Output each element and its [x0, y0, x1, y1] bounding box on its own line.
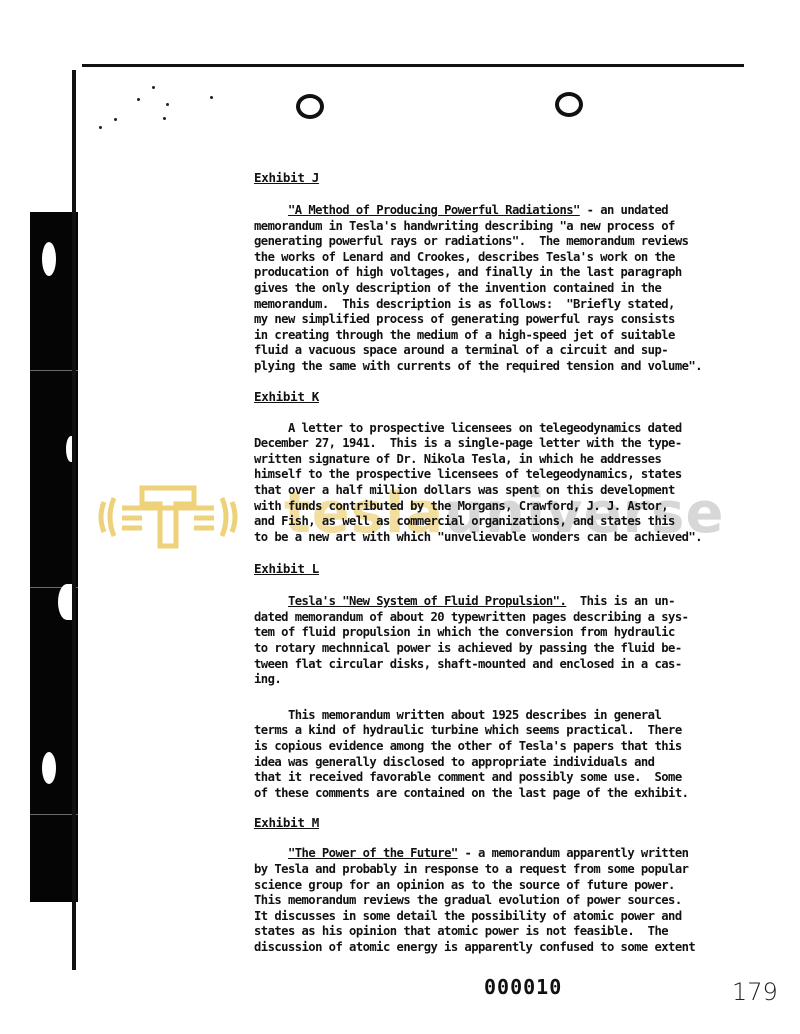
text-line: to be a new art with which "unvelievable…	[254, 530, 702, 544]
exhibit-m: Exhibit M "The Power of the Future" - a …	[254, 815, 764, 955]
strip-hole	[42, 242, 56, 276]
text-line: fluid a vacuous space around a terminal …	[254, 343, 668, 357]
scan-speckle	[152, 86, 155, 89]
text-line: plying the same with currents of the req…	[254, 359, 702, 373]
text-line: discussion of atomic energy is apparentl…	[254, 940, 695, 954]
strip-divider	[30, 370, 78, 371]
punch-hole-right	[555, 92, 583, 117]
exhibit-paragraph: A letter to prospective licensees on tel…	[254, 421, 764, 546]
exhibit-l: Exhibit L Tesla's "New System of Fluid P…	[254, 561, 764, 801]
handwritten-page-number: 179	[732, 978, 778, 1006]
exhibit-paragraph: "The Power of the Future" - a memorandum…	[254, 846, 764, 955]
exhibit-heading: Exhibit L	[254, 561, 764, 576]
text-line: memorandum in Tesla's handwriting descri…	[254, 219, 675, 233]
text-line: my new simplified process of generating …	[254, 312, 675, 326]
text-line: idea was generally disclosed to appropri…	[254, 755, 654, 769]
strip-divider	[30, 814, 78, 815]
text-line: that over a half million dollars was spe…	[254, 483, 675, 497]
page-top-edge	[82, 64, 744, 67]
document-title: "The Power of the Future"	[288, 846, 458, 860]
scan-film-strip	[30, 212, 78, 902]
text-line: This memorandum reviews the gradual evol…	[254, 893, 682, 907]
text-line: himself to the prospective licensees of …	[254, 467, 682, 481]
text-line: states as his opinion that atomic power …	[254, 924, 668, 938]
text-line: tween flat circular disks, shaft-mounted…	[254, 657, 682, 671]
text-line: gives the only description of the invent…	[254, 281, 661, 295]
text-line: to rotary mechnnical power is achieved b…	[254, 641, 682, 655]
scan-speckle	[166, 103, 169, 106]
title-prefix: Tesla's	[288, 594, 336, 608]
text-line: It discusses in some detail the possibil…	[254, 909, 682, 923]
exhibit-paragraph: "A Method of Producing Powerful Radiatio…	[254, 203, 764, 375]
text-line: December 27, 1941. This is a single-page…	[254, 436, 682, 450]
text-line: dated memorandum of about 20 typewritten…	[254, 610, 688, 624]
document-page: Exhibit J "A Method of Producing Powerfu…	[254, 170, 764, 956]
document-title: "A Method of Producing Powerful Radiatio…	[288, 203, 580, 217]
text-line: This memorandum written about 1925 descr…	[254, 708, 661, 722]
text-line: with funds contributed by the Morgans, C…	[254, 499, 668, 513]
exhibit-k: Exhibit K A letter to prospective licens…	[254, 389, 764, 546]
text-line: that it received favorable comment and p…	[254, 770, 682, 784]
text-line: tem of fluid propulsion in which the con…	[254, 625, 675, 639]
exhibit-heading: Exhibit K	[254, 389, 764, 404]
text-line: This is an un-	[566, 594, 675, 608]
text-line: generating powerful rays or radiations".…	[254, 234, 688, 248]
text-line: written signature of Dr. Nikola Tesla, i…	[254, 452, 661, 466]
exhibit-paragraph: Tesla's "New System of Fluid Propulsion"…	[254, 594, 764, 688]
page-edge-line	[72, 70, 76, 970]
text-line: ing.	[254, 672, 281, 686]
strip-hole	[42, 752, 56, 784]
scan-speckle	[99, 126, 102, 129]
document-title: "New System of Fluid Propulsion".	[342, 594, 566, 608]
text-line: and Fish, as well as commercial organiza…	[254, 514, 675, 528]
text-line: is copious evidence among the other of T…	[254, 739, 682, 753]
document-number: 000010	[484, 975, 562, 999]
scan-speckle	[210, 96, 213, 99]
text-line: terms a kind of hydraulic turbine which …	[254, 723, 682, 737]
punch-hole-left	[296, 94, 324, 119]
text-line: A letter to prospective licensees on tel…	[254, 421, 682, 435]
watermark-logo-icon	[94, 480, 242, 554]
text-line: - a memorandum apparently written	[458, 846, 689, 860]
exhibit-heading: Exhibit J	[254, 170, 764, 185]
text-line: by Tesla and probably in response to a r…	[254, 862, 688, 876]
text-line: memorandum. This description is as follo…	[254, 297, 675, 311]
exhibit-j: Exhibit J "A Method of Producing Powerfu…	[254, 170, 764, 375]
text-line: science group for an opinion as to the s…	[254, 878, 675, 892]
text-line: producation of high voltages, and finall…	[254, 265, 682, 279]
exhibit-heading: Exhibit M	[254, 815, 764, 830]
scan-speckle	[137, 98, 140, 101]
scan-speckle	[163, 117, 166, 120]
text-line: the works of Lenard and Crookes, describ…	[254, 250, 675, 264]
text-line: - an undated	[580, 203, 668, 217]
exhibit-paragraph: This memorandum written about 1925 descr…	[254, 708, 764, 802]
text-line: of these comments are contained on the l…	[254, 786, 688, 800]
scan-speckle	[114, 118, 117, 121]
text-line: in creating through the medium of a high…	[254, 328, 675, 342]
